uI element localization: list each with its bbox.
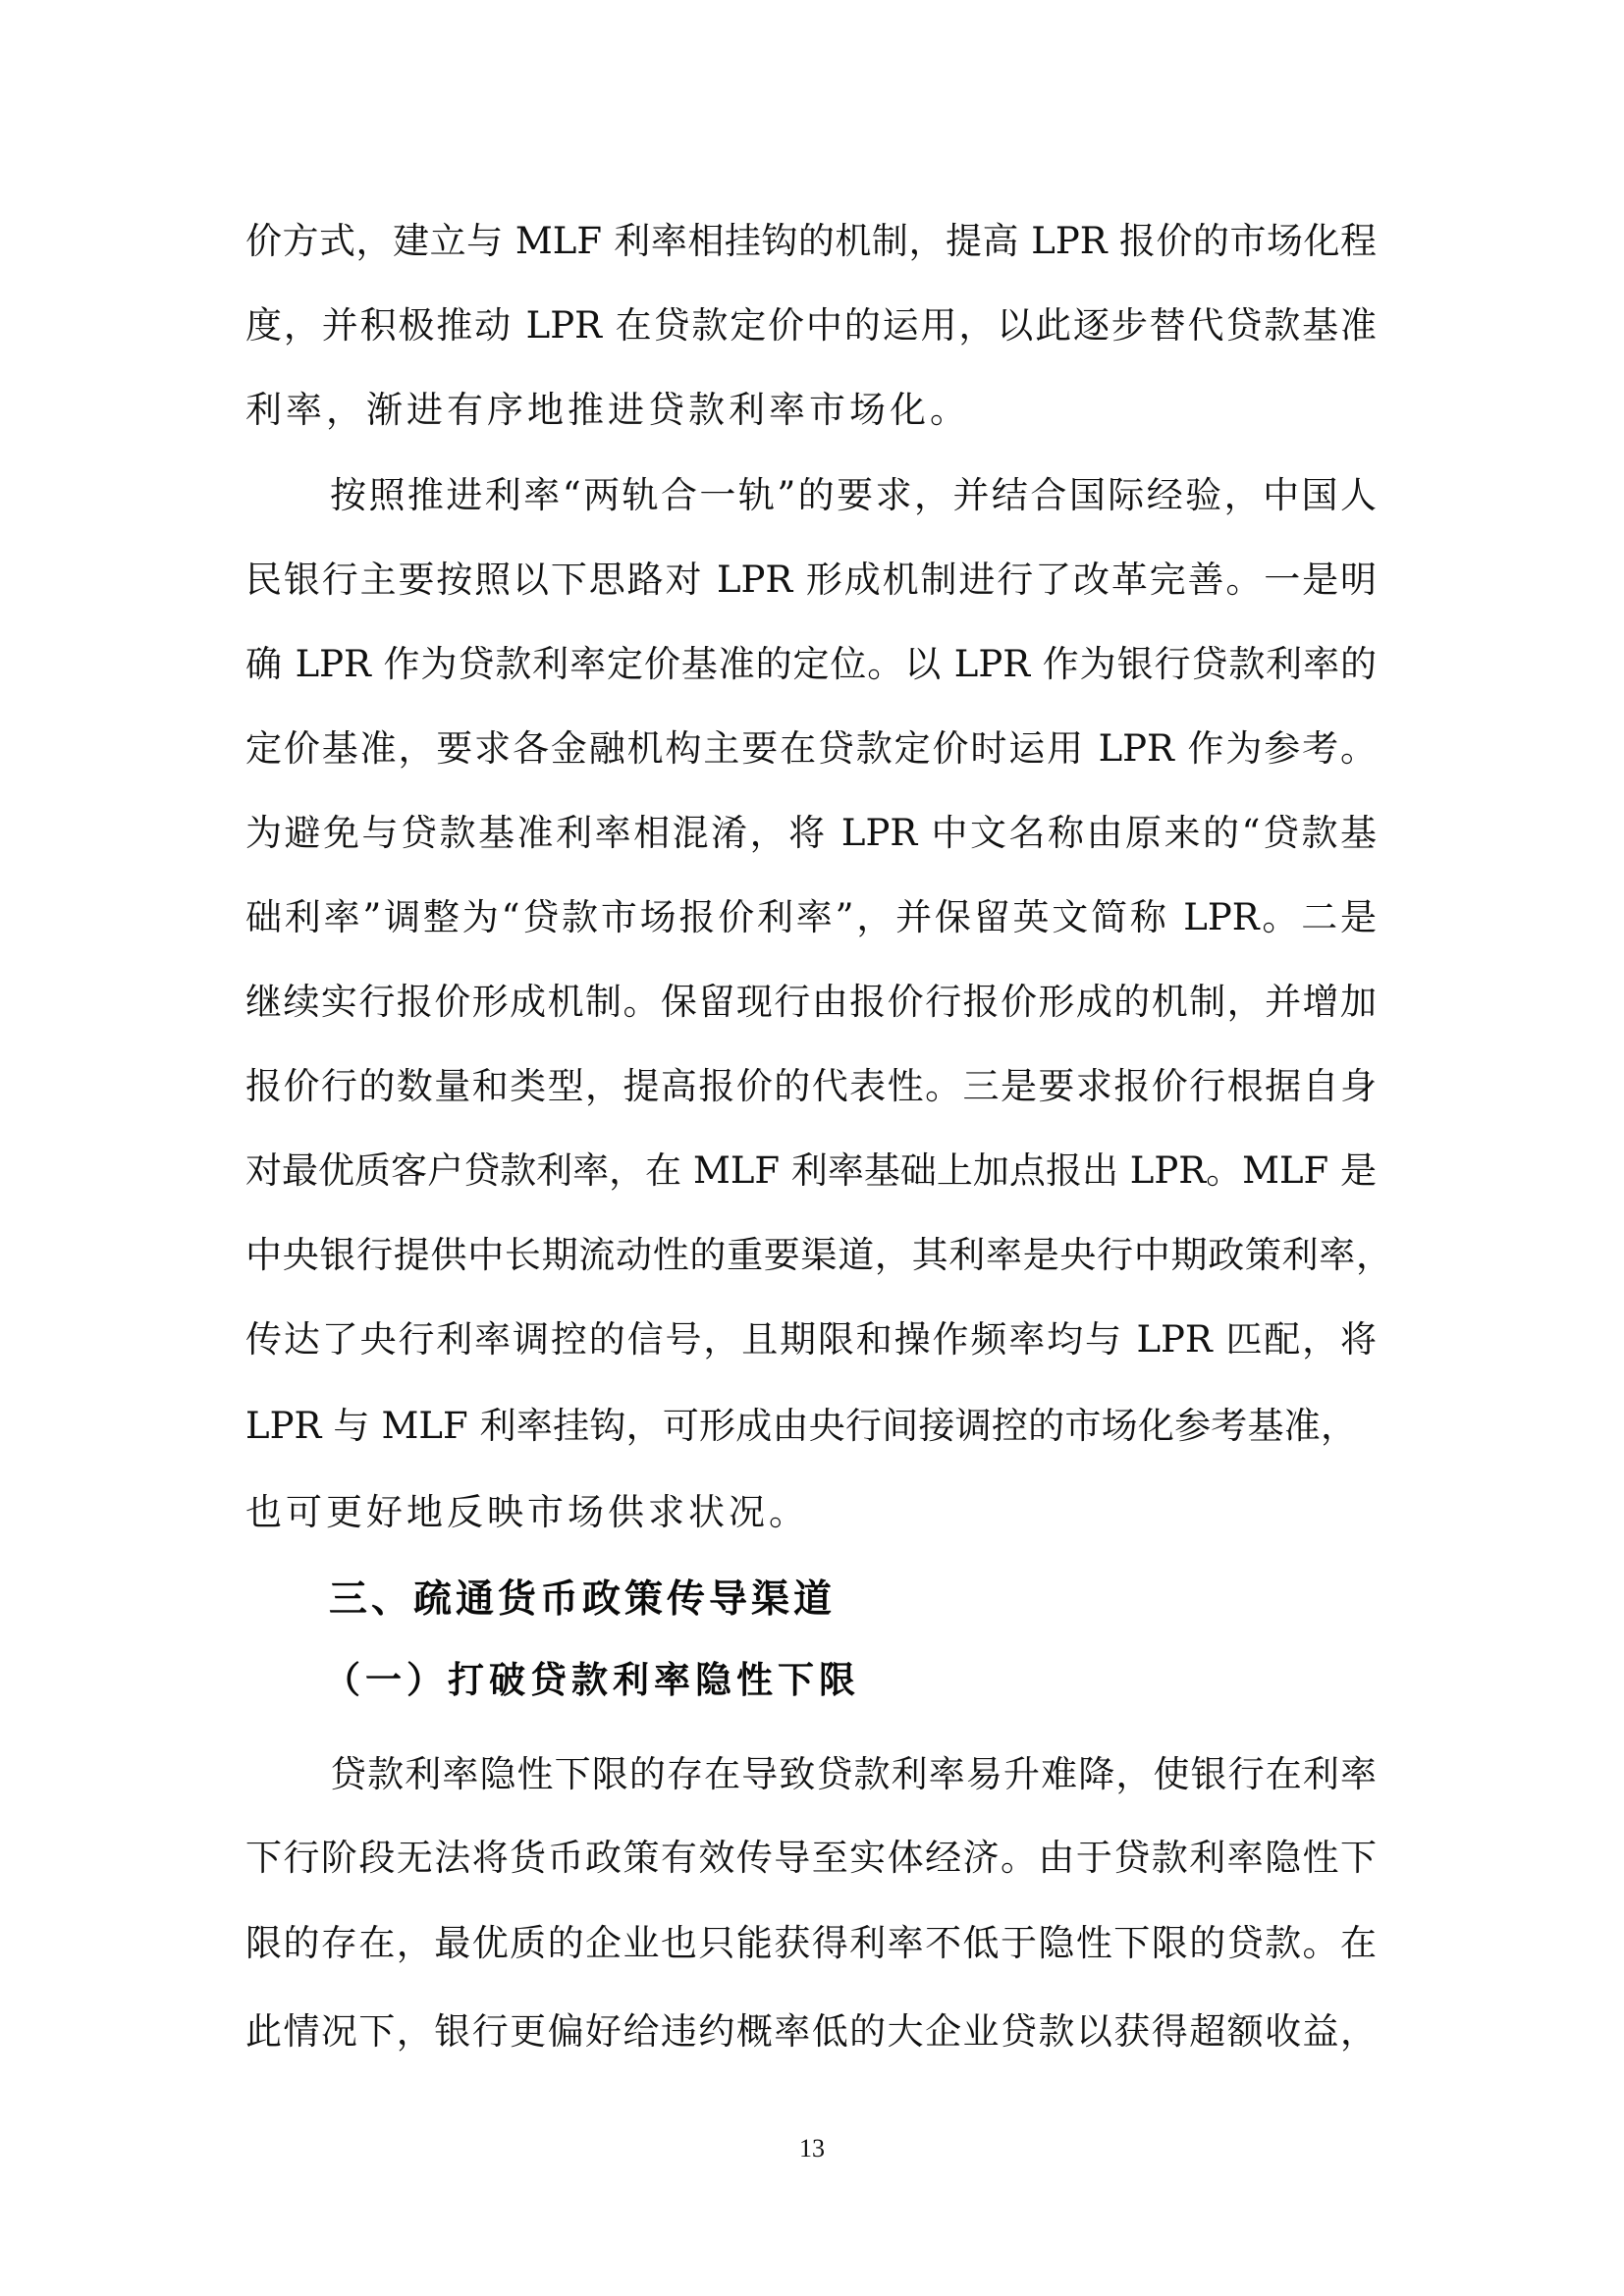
- body-text-line: 中央银行提供中长期流动性的重要渠道，其利率是央行中期政策利率，: [245, 1232, 1392, 1279]
- body-text-line: 限的存在，最优质的企业也只能获得利率不低于隐性下限的贷款。在: [245, 1920, 1377, 1967]
- body-text-line-indented: 按照推进利率“两轨合一轨”的要求，并结合国际经验，中国人: [330, 472, 1377, 519]
- body-text-line: 利率，渐进有序地推进贷款利率市场化。: [245, 387, 1377, 434]
- body-text-line: LPR 与 MLF 利率挂钩，可形成由央行间接调控的市场化参考基准，: [245, 1403, 1357, 1450]
- body-text-line: 传达了央行利率调控的信号，且期限和操作频率均与 LPR 匹配，将: [245, 1316, 1377, 1363]
- body-text-line: 对最优质客户贷款利率，在 MLF 利率基础上加点报出 LPR。MLF 是: [245, 1148, 1377, 1195]
- body-text-line: 础利率”调整为“贷款市场报价利率”，并保留英文简称 LPR。二是: [245, 894, 1377, 941]
- body-text-line: 度，并积极推动 LPR 在贷款定价中的运用，以此逐步替代贷款基准: [245, 302, 1377, 349]
- body-text-line: 为避免与贷款基准利率相混淆，将 LPR 中文名称由原来的“贷款基: [245, 810, 1377, 857]
- section-heading: 三、疏通货币政策传导渠道: [329, 1575, 836, 1625]
- body-text-line: 此情况下，银行更偏好给违约概率低的大企业贷款以获得超额收益，: [245, 2008, 1377, 2056]
- body-text-line-indented: 贷款利率隐性下限的存在导致贷款利率易升难降，使银行在利率: [330, 1751, 1377, 1798]
- document-page: 价方式，建立与 MLF 利率相挂钩的机制，提高 LPR 报价的市场化程 度，并积…: [0, 0, 1624, 2296]
- page-number: 13: [0, 2134, 1624, 2163]
- body-text-line: 定价基准，要求各金融机构主要在贷款定价时运用 LPR 作为参考。: [245, 725, 1377, 773]
- body-text-line: 也可更好地反映市场供求状况。: [245, 1489, 1377, 1536]
- body-text-line: 民银行主要按照以下思路对 LPR 形成机制进行了改革完善。一是明: [245, 557, 1377, 604]
- body-text-line: 下行阶段无法将货币政策有效传导至实体经济。由于贷款利率隐性下: [245, 1835, 1377, 1882]
- body-text-line: 继续实行报价形成机制。保留现行由报价行报价形成的机制，并增加: [245, 979, 1377, 1026]
- subsection-heading: （一）打破贷款利率隐性下限: [324, 1656, 860, 1705]
- body-text-line: 价方式，建立与 MLF 利率相挂钩的机制，提高 LPR 报价的市场化程: [245, 218, 1377, 265]
- body-text-line: 确 LPR 作为贷款利率定价基准的定位。以 LPR 作为银行贷款利率的: [245, 641, 1377, 688]
- body-text-line: 报价行的数量和类型，提高报价的代表性。三是要求报价行根据自身: [245, 1063, 1377, 1110]
